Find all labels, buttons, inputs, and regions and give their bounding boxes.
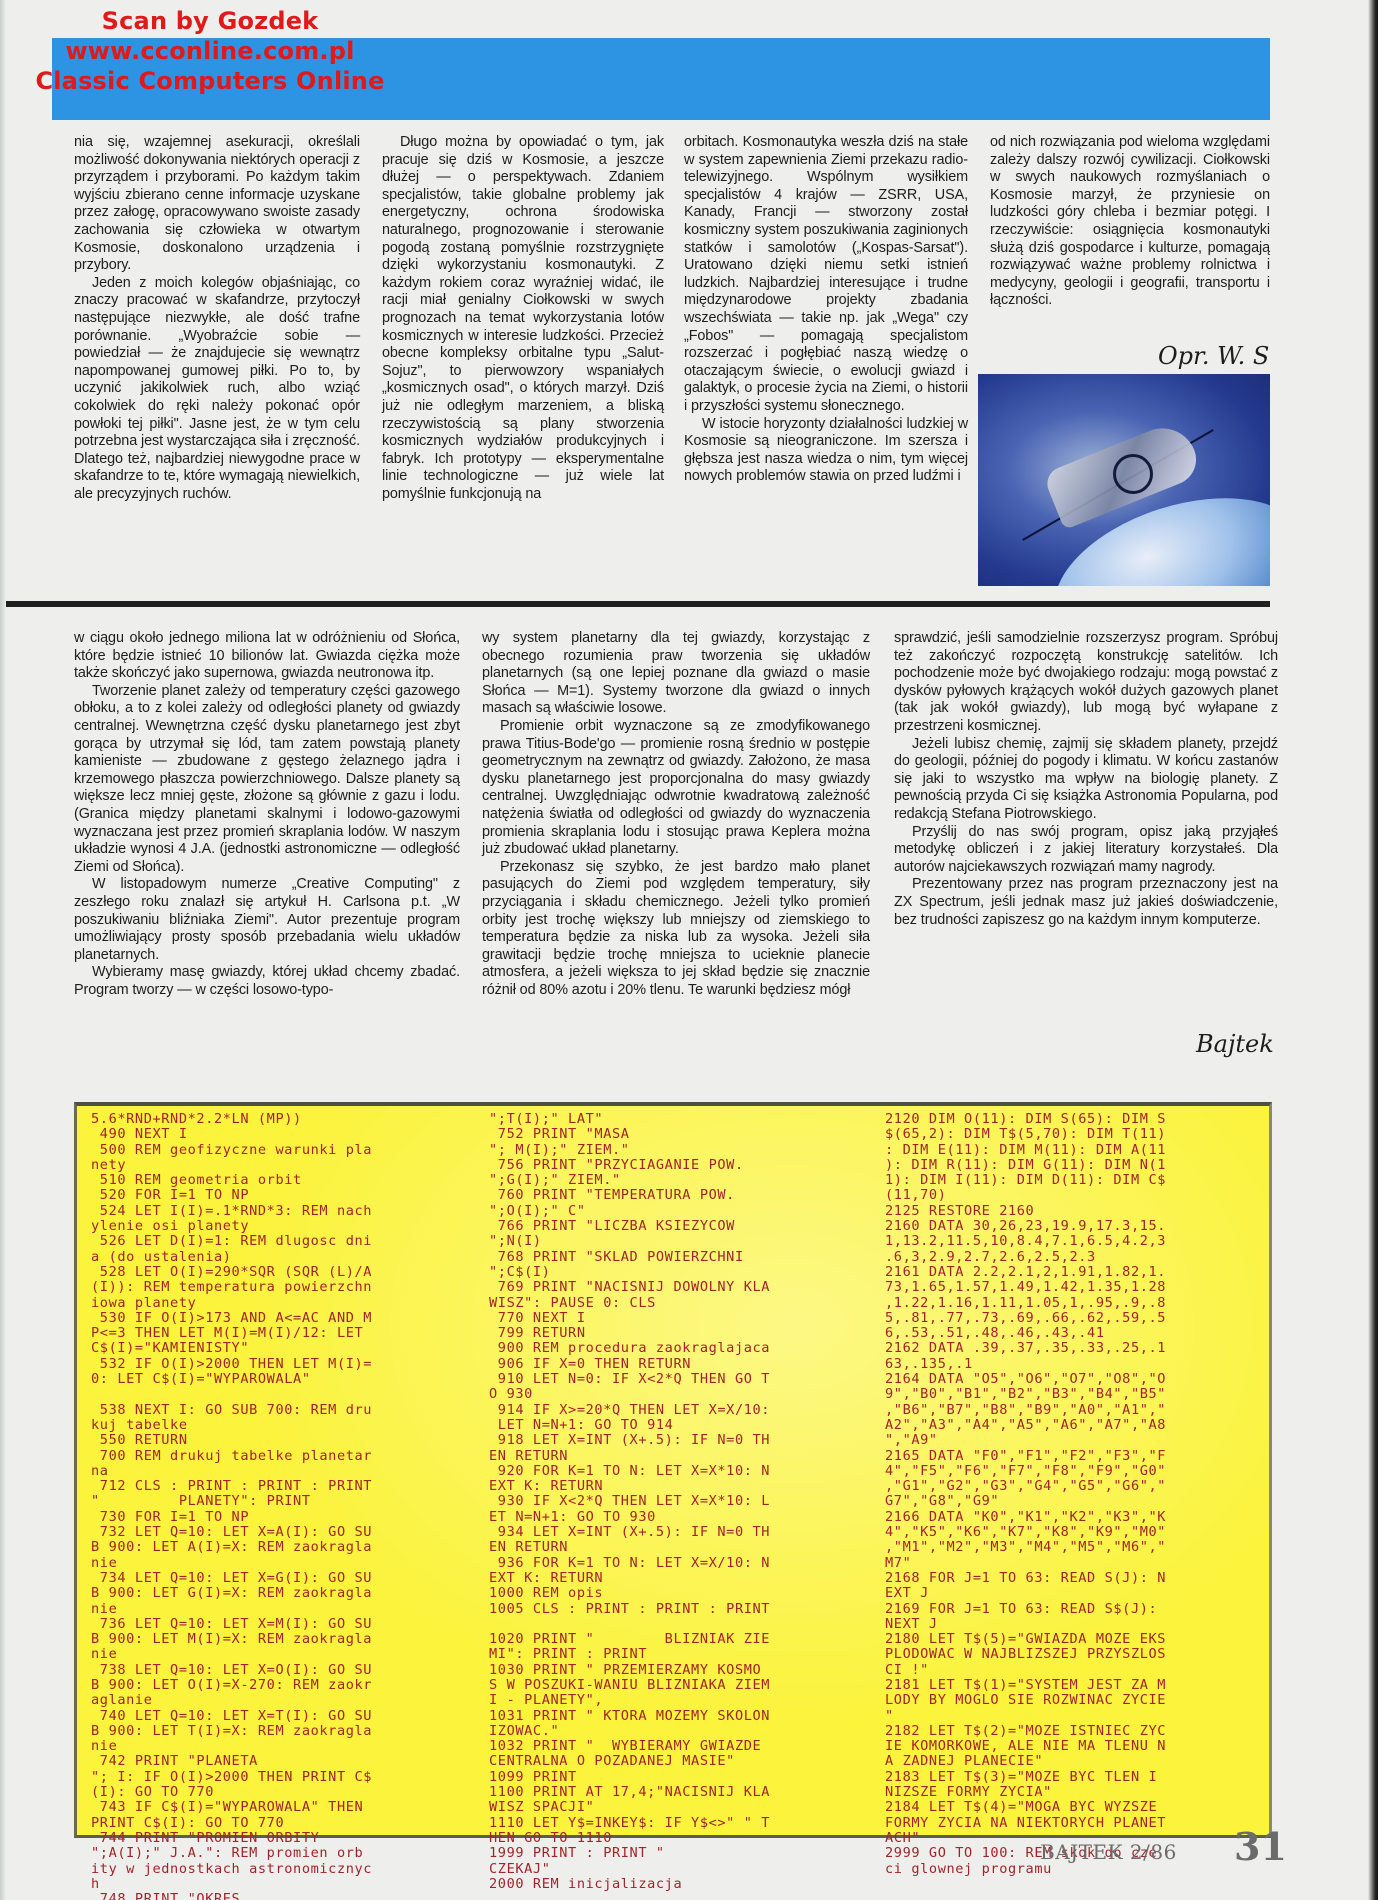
article2-column-3: sprawdzić, jeśli samodzielnie rozszerzys… [894, 630, 1278, 929]
article2-signature: Bajtek [1196, 1030, 1274, 1058]
paragraph: Przekonasz się szybko, że jest bardzo ma… [482, 859, 870, 1000]
article1-column-4: od nich rozwiązania pod wieloma względam… [990, 134, 1270, 310]
paragraph: Długo można by opowiadać o tym, jak prac… [382, 134, 664, 503]
basic-program-listing: 5.6*RND+RND*2.2*LN (MP)) 490 NEXT I 500 … [74, 1102, 1272, 1838]
article1-column-1: nia się, wzajemnej asekuracji, określali… [74, 134, 360, 503]
paragraph: Prezentowany przez nas program przeznacz… [894, 876, 1278, 929]
paragraph: Jeżeli lubisz chemię, zajmij się składem… [894, 736, 1278, 824]
paragraph: od nich rozwiązania pod wieloma względam… [990, 134, 1270, 310]
article1-column-3: orbitach. Kosmonautyka weszła dziś na st… [684, 134, 968, 486]
spacecraft-hatch [1113, 454, 1153, 494]
paragraph: w ciągu około jednego miliona lat w odró… [74, 630, 460, 683]
page-number: 31 [1234, 1824, 1287, 1869]
page-edge-right [1368, 0, 1378, 1900]
scan-watermark: Scan by Gozdek www.cconline.com.pl Class… [0, 6, 420, 96]
listing-column-2: ";T(I);" LAT" 752 PRINT "MASA "; M(I);" … [489, 1112, 770, 1892]
listing-column-1: 5.6*RND+RND*2.2*LN (MP)) 490 NEXT I 500 … [91, 1112, 372, 1900]
article2-column-1: w ciągu około jednego miliona lat w odró… [74, 630, 460, 999]
listing-column-3: 2120 DIM O(11): DIM S(65): DIM S $(65,2)… [885, 1112, 1166, 1877]
paragraph: Tworzenie planet zależy od temperatury c… [74, 683, 460, 877]
article2-column-2: wy system planetarny dla tej gwiazdy, ko… [482, 630, 870, 999]
paragraph: Wybieramy masę gwiazdy, której układ chc… [74, 964, 460, 999]
paragraph: orbitach. Kosmonautyka weszła dziś na st… [684, 134, 968, 416]
paragraph: W istocie horyzonty działalności ludzkie… [684, 416, 968, 486]
paragraph: W listopadowym numerze „Creative Computi… [74, 876, 460, 964]
article1-column-2: Długo można by opowiadać o tym, jak prac… [382, 134, 664, 503]
paragraph: Jeden z moich kolegów objaśniając, co zn… [74, 275, 360, 504]
magazine-issue: BAJTEK 2/86 [1040, 1840, 1177, 1864]
paragraph: nia się, wzajemnej asekuracji, określali… [74, 134, 360, 275]
paragraph: Przyślij do nas swój program, opisz jaką… [894, 824, 1278, 877]
watermark-line-3: Classic Computers Online [0, 66, 420, 96]
watermark-url: www.cconline.com.pl [0, 36, 420, 66]
paragraph: sprawdzić, jeśli samodzielnie rozszerzys… [894, 630, 1278, 736]
page-edge-left [0, 0, 6, 1900]
spacecraft-photo [978, 374, 1270, 586]
paragraph: wy system planetarny dla tej gwiazdy, ko… [482, 630, 870, 718]
section-divider [6, 601, 1270, 607]
paragraph: Promienie orbit wyznaczone są ze zmodyfi… [482, 718, 870, 859]
watermark-line-1: Scan by Gozdek [0, 6, 420, 36]
article1-signature: Opr. W. S [1158, 342, 1269, 370]
